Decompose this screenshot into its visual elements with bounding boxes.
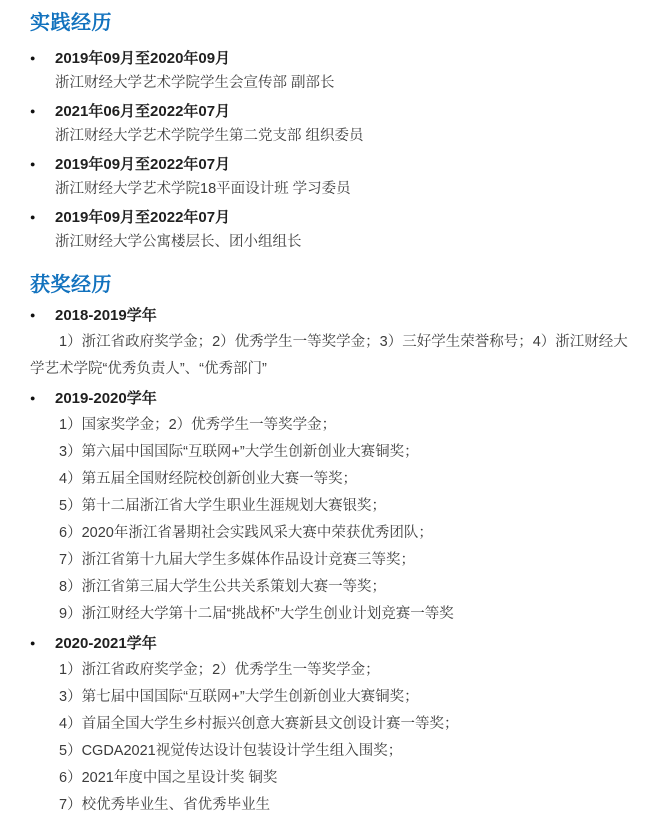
- award-year-block: ●2019-2020学年1）国家奖学金；2）优秀学生一等奖学金；3）第六届中国国…: [30, 390, 640, 628]
- award-line: 7）校优秀毕业生、省优秀毕业生: [30, 792, 640, 819]
- entry-role: 浙江财经大学艺术学院学生第二党支部 组织委员: [55, 128, 640, 145]
- section-practice-experience: 实践经历 ●2019年09月至2020年09月浙江财经大学艺术学院学生会宣传部 …: [30, 12, 640, 251]
- bullet-icon: ●: [30, 307, 55, 324]
- bullet-icon: ●: [30, 50, 55, 67]
- entry-role: 浙江财经大学艺术学院18平面设计班 学习委员: [55, 181, 640, 198]
- award-line: 3）第六届中国国际“互联网+”大学生创新创业大赛铜奖；: [30, 439, 640, 466]
- practice-entry: ●2019年09月至2020年09月浙江财经大学艺术学院学生会宣传部 副部长: [30, 50, 640, 92]
- award-line: 6）2021年度中国之星设计奖 铜奖: [30, 765, 640, 792]
- practice-entries-list: ●2019年09月至2020年09月浙江财经大学艺术学院学生会宣传部 副部长●2…: [30, 50, 640, 251]
- award-line: 4）第五届全国财经院校创新创业大赛一等奖；: [30, 466, 640, 493]
- practice-section-title: 实践经历: [30, 12, 640, 35]
- award-line: 8）浙江省第三届大学生公共关系策划大赛一等奖；: [30, 574, 640, 601]
- award-year-label: 2020-2021学年: [55, 635, 157, 652]
- entry-role: 浙江财经大学艺术学院学生会宣传部 副部长: [55, 75, 640, 92]
- entry-period: 2019年09月至2022年07月: [55, 156, 230, 173]
- bullet-icon: ●: [30, 209, 55, 226]
- award-year-label: 2019-2020学年: [55, 390, 157, 407]
- entry-period: 2019年09月至2022年07月: [55, 209, 230, 226]
- entry-period-row: ●2019年09月至2022年07月: [30, 209, 640, 226]
- bullet-icon: ●: [30, 156, 55, 173]
- award-line: 6）2020年浙江省暑期社会实践风采大赛中荣获优秀团队；: [30, 520, 640, 547]
- entry-period-row: ●2019年09月至2022年07月: [30, 156, 640, 173]
- award-line: 9）浙江财经大学第十二届“挑战杯”大学生创业计划竞赛一等奖: [30, 601, 640, 628]
- practice-entry: ●2019年09月至2022年07月浙江财经大学艺术学院18平面设计班 学习委员: [30, 156, 640, 198]
- award-line: 1）浙江省政府奖学金；2）优秀学生一等奖学金；: [30, 657, 640, 684]
- award-line: 5）第十二届浙江省大学生职业生涯规划大赛银奖；: [30, 493, 640, 520]
- practice-entry: ●2021年06月至2022年07月浙江财经大学艺术学院学生第二党支部 组织委员: [30, 103, 640, 145]
- entry-period-row: ●2019年09月至2020年09月: [30, 50, 640, 67]
- entry-period: 2019年09月至2020年09月: [55, 50, 230, 67]
- award-line: 3）第七届中国国际“互联网+”大学生创新创业大赛铜奖；: [30, 684, 640, 711]
- entry-period-row: ●2021年06月至2022年07月: [30, 103, 640, 120]
- award-line: 1）浙江省政府奖学金；2）优秀学生一等奖学金；3）三好学生荣誉称号；4）浙江财经…: [30, 329, 640, 383]
- award-year-row: ●2018-2019学年: [30, 307, 640, 324]
- bullet-icon: ●: [30, 390, 55, 407]
- award-line: 7）浙江省第十九届大学生多媒体作品设计竞赛三等奖；: [30, 547, 640, 574]
- award-line: 4）首届全国大学生乡村振兴创意大赛新县文创设计赛一等奖；: [30, 711, 640, 738]
- award-year-label: 2018-2019学年: [55, 307, 157, 324]
- award-year-row: ●2020-2021学年: [30, 635, 640, 652]
- awards-years-list: ●2018-2019学年1）浙江省政府奖学金；2）优秀学生一等奖学金；3）三好学…: [30, 307, 640, 819]
- practice-entry: ●2019年09月至2022年07月浙江财经大学公寓楼层长、团小组组长: [30, 209, 640, 251]
- entry-role: 浙江财经大学公寓楼层长、团小组组长: [55, 234, 640, 251]
- awards-section-title: 获奖经历: [30, 274, 640, 297]
- bullet-icon: ●: [30, 103, 55, 120]
- section-awards-experience: 获奖经历 ●2018-2019学年1）浙江省政府奖学金；2）优秀学生一等奖学金；…: [30, 274, 640, 819]
- resume-page: 实践经历 ●2019年09月至2020年09月浙江财经大学艺术学院学生会宣传部 …: [0, 0, 670, 819]
- award-year-block: ●2020-2021学年1）浙江省政府奖学金；2）优秀学生一等奖学金；3）第七届…: [30, 635, 640, 819]
- award-line: 1）国家奖学金；2）优秀学生一等奖学金；: [30, 412, 640, 439]
- entry-period: 2021年06月至2022年07月: [55, 103, 230, 120]
- award-year-block: ●2018-2019学年1）浙江省政府奖学金；2）优秀学生一等奖学金；3）三好学…: [30, 307, 640, 383]
- bullet-icon: ●: [30, 635, 55, 652]
- award-year-row: ●2019-2020学年: [30, 390, 640, 407]
- award-line: 5）CGDA2021视觉传达设计包装设计学生组入围奖；: [30, 738, 640, 765]
